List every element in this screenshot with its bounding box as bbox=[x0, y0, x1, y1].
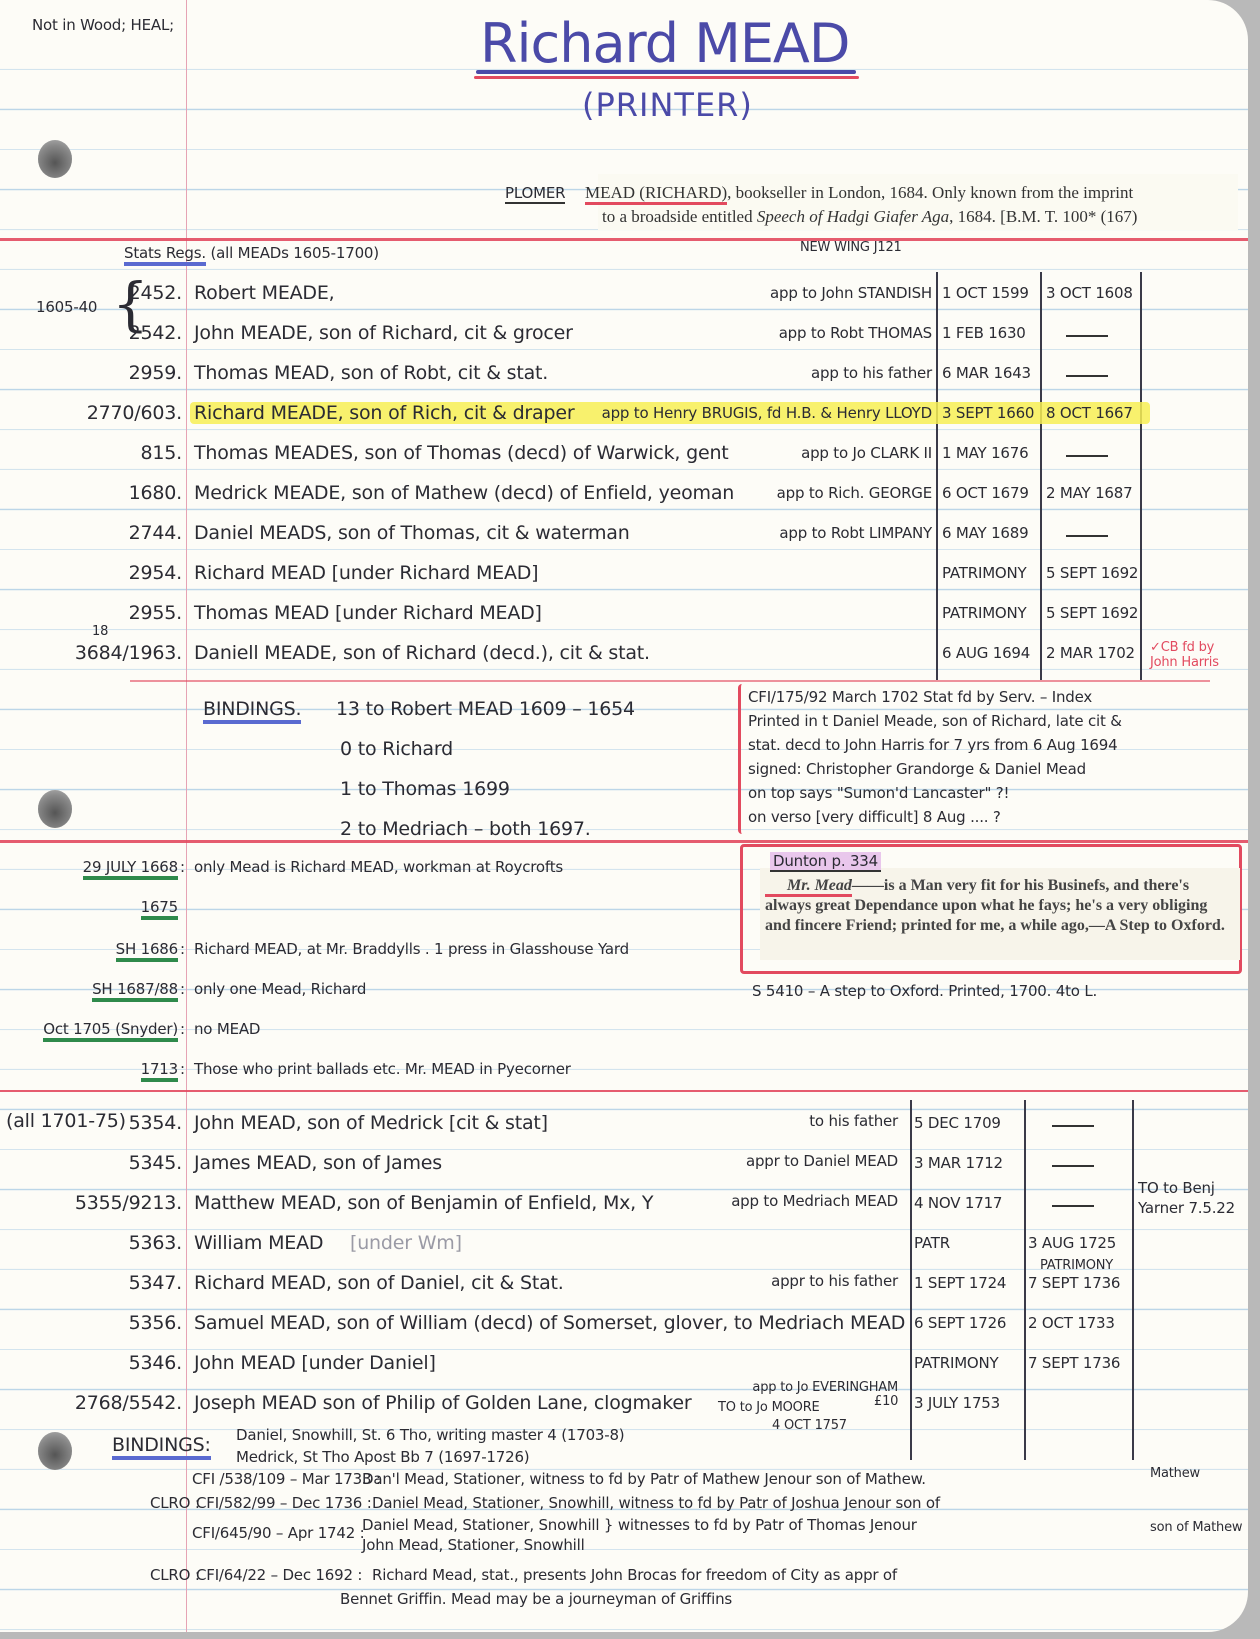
entry-turnover: TO to Jo MOORE bbox=[718, 1400, 820, 1415]
entry-freed-date bbox=[1052, 1114, 1094, 1136]
chronology-text: Those who print ballads etc. Mr. MEAD in… bbox=[194, 1060, 571, 1078]
turnover-note: TO to Benj Yarner 7.5.22 bbox=[1138, 1178, 1248, 1218]
entry-master: app to Robt LIMPANY bbox=[779, 524, 932, 542]
entry-bound-date: 6 AUG 1694 bbox=[942, 644, 1030, 662]
chronology-date-text: 1675 bbox=[141, 898, 178, 920]
entry-freed-date: 7 SEPT 1736 bbox=[1028, 1274, 1120, 1292]
entry-number: 5346. bbox=[129, 1352, 182, 1374]
plomer-line1: MEAD (RICHARD), bookseller in London, 16… bbox=[585, 183, 1133, 203]
entry-master: app to his father bbox=[811, 364, 932, 382]
plomer-label: PLOMER bbox=[505, 184, 565, 204]
entry-bound-date: 1 MAY 1676 bbox=[942, 444, 1028, 462]
stc-reference: S 5410 – A step to Oxford. Printed, 1700… bbox=[752, 982, 1097, 1000]
entry-freed-date: 2 OCT 1733 bbox=[1028, 1314, 1115, 1332]
entry-number: 2542. bbox=[129, 322, 182, 344]
entry-name: Richard MEAD [under Richard MEAD] bbox=[194, 562, 538, 584]
plomer-text: , 1684. [B.M. T. 100* (167) bbox=[949, 207, 1137, 226]
cfi-line: signed: Christopher Grandorge & Daniel M… bbox=[748, 760, 1086, 778]
chronology-date-text: SH 1687/88 bbox=[92, 980, 178, 1002]
entry-master: app to Jo EVERINGHAM bbox=[752, 1380, 898, 1395]
entry-bound-date: 1 FEB 1630 bbox=[942, 324, 1026, 342]
entry-number: 2452. bbox=[129, 282, 182, 304]
chronology-text: no MEAD bbox=[194, 1020, 260, 1038]
entry-number: 2770/603. bbox=[87, 402, 182, 424]
title-underline-blue bbox=[476, 70, 856, 74]
stat-regs-note: (all MEADs 1605-1700) bbox=[211, 244, 379, 262]
entry-bound-date: 6 OCT 1679 bbox=[942, 484, 1029, 502]
entry-name: John MEADE, son of Richard, cit & grocer bbox=[194, 322, 573, 344]
entry-freed-date: 3 AUG 1725 bbox=[1028, 1234, 1116, 1252]
chronology-date: SH 1687/88 bbox=[92, 980, 178, 998]
entry-bound-date: PATR bbox=[914, 1234, 950, 1252]
plomer-text: , bookseller in London, 1684. Only known… bbox=[727, 183, 1133, 202]
entry-number-note: 18 bbox=[92, 624, 108, 639]
entry-number: 5354. bbox=[129, 1112, 182, 1134]
entry-bound-date: PATRIMONY bbox=[914, 1354, 999, 1372]
entry-number: 5347. bbox=[129, 1272, 182, 1294]
entry-bound-date: 6 MAR 1643 bbox=[942, 364, 1031, 382]
clro-text-2: John Mead, Stationer, Snowhill bbox=[362, 1536, 585, 1554]
entry-bound-date: 5 DEC 1709 bbox=[914, 1114, 1001, 1132]
chronology-date: 1713 bbox=[141, 1060, 178, 1078]
chronology-separator: : bbox=[180, 858, 185, 876]
entry-number: 5345. bbox=[129, 1152, 182, 1174]
clro-ref: CFI /538/109 – Mar 1733 : bbox=[192, 1470, 381, 1488]
cfi-line: on verso [very difficult] 8 Aug .... ? bbox=[748, 808, 1001, 826]
entry-bound-date: 4 NOV 1717 bbox=[914, 1194, 1002, 1212]
entry-master: app to Henry BRUGIS, fd H.B. & Henry LLO… bbox=[602, 404, 932, 422]
entry-name: Matthew MEAD, son of Benjamin of Enfield… bbox=[194, 1192, 653, 1214]
entry-number: 2955. bbox=[129, 602, 182, 624]
chronology-date-text: SH 1686 bbox=[116, 940, 178, 962]
entry-bound-date: 6 SEPT 1726 bbox=[914, 1314, 1006, 1332]
entry-master: app to John STANDISH bbox=[770, 284, 932, 302]
entry-freed-date bbox=[1066, 524, 1108, 546]
entry-turnover-date: 4 OCT 1757 bbox=[772, 1418, 847, 1433]
plomer-name: MEAD (RICHARD) bbox=[585, 183, 727, 205]
entry-number: 2954. bbox=[129, 562, 182, 584]
bindings2-heading: BINDINGS: bbox=[112, 1434, 211, 1460]
wing-annotation: NEW WING J121 bbox=[800, 240, 902, 255]
clro-prefix: CLRO : bbox=[150, 1566, 200, 1584]
chronology-separator: : bbox=[180, 940, 185, 958]
entry-number: 5363. bbox=[129, 1232, 182, 1254]
entry-name: Daniel MEADS, son of Thomas, cit & water… bbox=[194, 522, 630, 544]
dunton-quote-lead: Mr. Mead bbox=[787, 877, 852, 894]
punch-hole bbox=[38, 790, 72, 828]
binding-item: 0 to Richard bbox=[340, 738, 453, 760]
entry-freed-note: PATRIMONY bbox=[1040, 1258, 1113, 1273]
entry-number: 2959. bbox=[129, 362, 182, 384]
entry-bound-date: 6 MAY 1689 bbox=[942, 524, 1028, 542]
bindings2-line1: Daniel, Snowhill, St. 6 Tho, writing mas… bbox=[236, 1426, 624, 1444]
entry-master: to his father bbox=[809, 1112, 898, 1130]
entry-name: Thomas MEAD [under Richard MEAD] bbox=[194, 602, 542, 624]
entry-master: appr to his father bbox=[771, 1272, 898, 1290]
entry-freed-date: 5 SEPT 1692 bbox=[1046, 564, 1138, 582]
section-divider bbox=[0, 238, 1248, 241]
clro-ref: CFI/64/22 – Dec 1692 : bbox=[196, 1566, 362, 1584]
entry-master: app to Robt THOMAS bbox=[779, 324, 932, 342]
chronology-date: 29 JULY 1668 bbox=[83, 858, 178, 876]
chronology-date: SH 1686 bbox=[116, 940, 178, 958]
clro-ref: CFI/645/90 – Apr 1742 : bbox=[192, 1524, 365, 1542]
chronology-text: Richard MEAD, at Mr. Braddylls . 1 press… bbox=[194, 940, 629, 958]
stat-regs-heading: Stats Regs. bbox=[124, 244, 206, 266]
entry-name: Samuel MEAD, son of William (decd) of So… bbox=[194, 1312, 905, 1334]
entry-number: 1680. bbox=[129, 482, 182, 504]
chronology-date-text: 29 JULY 1668 bbox=[83, 858, 178, 880]
entry-name: Daniell MEADE, son of Richard (decd.), c… bbox=[194, 642, 650, 664]
clro-text-2: Bennet Griffin. Mead may be a journeyman… bbox=[340, 1590, 732, 1608]
clro-text: Dan'l Mead, Stationer, witness to fd by … bbox=[362, 1470, 926, 1488]
entry-bound-date: PATRIMONY bbox=[942, 604, 1027, 622]
bracket-label: 1605-40 bbox=[36, 298, 97, 316]
entry-freed-date: 2 MAY 1687 bbox=[1046, 484, 1132, 502]
entry-freed-date: 7 SEPT 1736 bbox=[1028, 1354, 1120, 1372]
entry-master: app to Rich. GEORGE bbox=[777, 484, 932, 502]
entry-freed-date bbox=[1052, 1194, 1094, 1216]
stat-regs-heading-group: Stats Regs. (all MEADs 1605-1700) bbox=[124, 244, 379, 262]
entry-name: John MEAD, son of Medrick [cit & stat] bbox=[194, 1112, 548, 1134]
binding-item: 13 to Robert MEAD 1609 – 1654 bbox=[336, 698, 635, 720]
entry-number: 5355/9213. bbox=[75, 1192, 182, 1214]
clro-text: Daniel Mead, Stationer, Snowhill, witnes… bbox=[372, 1494, 940, 1512]
table-divider bbox=[1024, 1100, 1026, 1460]
entry-number: 2768/5542. bbox=[75, 1392, 182, 1414]
cfi-line: on top says "Sumon'd Lancaster" ?! bbox=[748, 784, 1009, 802]
page-title: Richard MEAD bbox=[480, 12, 849, 75]
dunton-ref: Dunton p. 334 bbox=[770, 852, 881, 870]
plomer-line2: to a broadside entitled Speech of Hadgi … bbox=[602, 207, 1137, 227]
plomer-broadside-title: Speech of Hadgi Giafer Aga bbox=[757, 207, 949, 226]
clro-text: Daniel Mead, Stationer, Snowhill } witne… bbox=[362, 1516, 917, 1534]
entry-number: 2744. bbox=[129, 522, 182, 544]
title-underline-red bbox=[474, 76, 859, 79]
entry-name: Richard MEAD, son of Daniel, cit & Stat. bbox=[194, 1272, 564, 1294]
entry-freed-date: 3 OCT 1608 bbox=[1046, 284, 1133, 302]
entry-bound-date: PATRIMONY bbox=[942, 564, 1027, 582]
chronology-date: 1675 bbox=[141, 898, 178, 916]
entry-master: app to Jo CLARK II bbox=[801, 444, 932, 462]
chronology-date-text: Oct 1705 (Snyder) bbox=[43, 1020, 178, 1042]
entry-number: 5356. bbox=[129, 1312, 182, 1334]
bindings-heading: BINDINGS. bbox=[203, 698, 301, 724]
entry-bound-date: 3 SEPT 1660 bbox=[942, 404, 1034, 422]
table-divider bbox=[1140, 272, 1142, 680]
entry-name: James MEAD, son of James bbox=[194, 1152, 442, 1174]
page-subtitle: (PRINTER) bbox=[582, 86, 753, 124]
chronology-text: only one Mead, Richard bbox=[194, 980, 366, 998]
entry-number: 3684/1963. bbox=[75, 642, 182, 664]
binding-item: 2 to Medriach – both 1697. bbox=[340, 818, 591, 840]
entry-freed-date: 2 MAR 1702 bbox=[1046, 644, 1135, 662]
bindings2-line2: Medrick, St Tho Apost Bb 7 (1697-1726) bbox=[236, 1448, 529, 1466]
cfi-line: CFI/175/92 March 1702 Stat fd by Serv. –… bbox=[748, 688, 1092, 706]
dunton-quote: Mr. Mead——is a Man very fit for his Busi… bbox=[765, 876, 1235, 936]
clro-text: Richard Mead, stat., presents John Broca… bbox=[372, 1566, 897, 1584]
cfi-line: stat. decd to John Harris for 7 yrs from… bbox=[748, 736, 1117, 754]
punch-hole bbox=[38, 140, 72, 178]
source-note: Not in Wood; HEAL; bbox=[32, 16, 174, 34]
chronology-separator: : bbox=[180, 980, 185, 998]
entry-freed-date bbox=[1066, 324, 1108, 346]
entry-freed-date bbox=[1066, 444, 1108, 466]
table-divider bbox=[936, 272, 938, 680]
punch-hole bbox=[38, 1432, 72, 1470]
chronology-separator: : bbox=[180, 1060, 185, 1078]
entry-name: John MEAD [under Daniel] bbox=[194, 1352, 436, 1374]
binding-item: 1 to Thomas 1699 bbox=[340, 778, 510, 800]
entry-freed-date: 5 SEPT 1692 bbox=[1046, 604, 1138, 622]
table-divider bbox=[910, 1100, 912, 1460]
table-divider bbox=[1132, 1100, 1134, 1460]
entry-name: Joseph MEAD son of Philip of Golden Lane… bbox=[194, 1392, 691, 1414]
bindings-label: BINDINGS. bbox=[203, 698, 301, 720]
entry-name: William MEAD bbox=[194, 1232, 323, 1254]
entry-bound-date: 1 SEPT 1724 bbox=[914, 1274, 1006, 1292]
plomer-text: to a broadside entitled bbox=[602, 207, 757, 226]
entry-name-note: [under Wm] bbox=[350, 1232, 462, 1254]
cfi-line: Printed in t Daniel Meade, son of Richar… bbox=[748, 712, 1122, 730]
bracket-label-2: (all 1701-75) bbox=[6, 1110, 126, 1132]
clro-note: Mathew bbox=[1150, 1466, 1200, 1481]
entry-freed-date bbox=[1052, 1154, 1094, 1176]
entry-name: Thomas MEADES, son of Thomas (decd) of W… bbox=[194, 442, 729, 464]
entry-master: app to Medriach MEAD bbox=[731, 1192, 898, 1210]
chronology-date-text: 1713 bbox=[141, 1060, 178, 1082]
entry-name: Thomas MEAD, son of Robt, cit & stat. bbox=[194, 362, 548, 384]
freedom-note: ✓CB fd by John Harris bbox=[1150, 640, 1240, 670]
entry-name: Richard MEADE, son of Rich, cit & draper bbox=[194, 402, 574, 424]
entry-freed-date bbox=[1066, 364, 1108, 386]
section-divider bbox=[0, 1090, 1248, 1092]
table-divider bbox=[1040, 272, 1042, 680]
clro-note: son of Mathew bbox=[1150, 1520, 1242, 1535]
entry-bound-date: 1 OCT 1599 bbox=[942, 284, 1029, 302]
clro-ref: CFI/582/99 – Dec 1736 : bbox=[196, 1494, 372, 1512]
entry-bound-date: 3 MAR 1712 bbox=[914, 1154, 1003, 1172]
bindings2-label: BINDINGS: bbox=[112, 1434, 211, 1456]
entry-name: Robert MEADE, bbox=[194, 282, 335, 304]
dunton-label: Dunton p. 334 bbox=[770, 852, 881, 872]
row-underline bbox=[130, 680, 1210, 682]
entry-bound-date: 3 JULY 1753 bbox=[914, 1394, 1000, 1412]
entry-freed-date: 8 OCT 1667 bbox=[1046, 404, 1133, 422]
entry-name: Medrick MEADE, son of Mathew (decd) of E… bbox=[194, 482, 734, 504]
chronology-date: Oct 1705 (Snyder) bbox=[43, 1020, 178, 1038]
chronology-separator: : bbox=[180, 1020, 185, 1038]
entry-master: appr to Daniel MEAD bbox=[746, 1152, 898, 1170]
entry-number: 815. bbox=[140, 442, 182, 464]
chronology-text: only Mead is Richard MEAD, workman at Ro… bbox=[194, 858, 563, 876]
clro-prefix: CLRO : bbox=[150, 1494, 200, 1512]
entry-fee: £10 bbox=[874, 1394, 898, 1409]
section-divider bbox=[0, 840, 1248, 843]
notebook-page: Not in Wood; HEAL; Richard MEAD (PRINTER… bbox=[0, 0, 1248, 1632]
